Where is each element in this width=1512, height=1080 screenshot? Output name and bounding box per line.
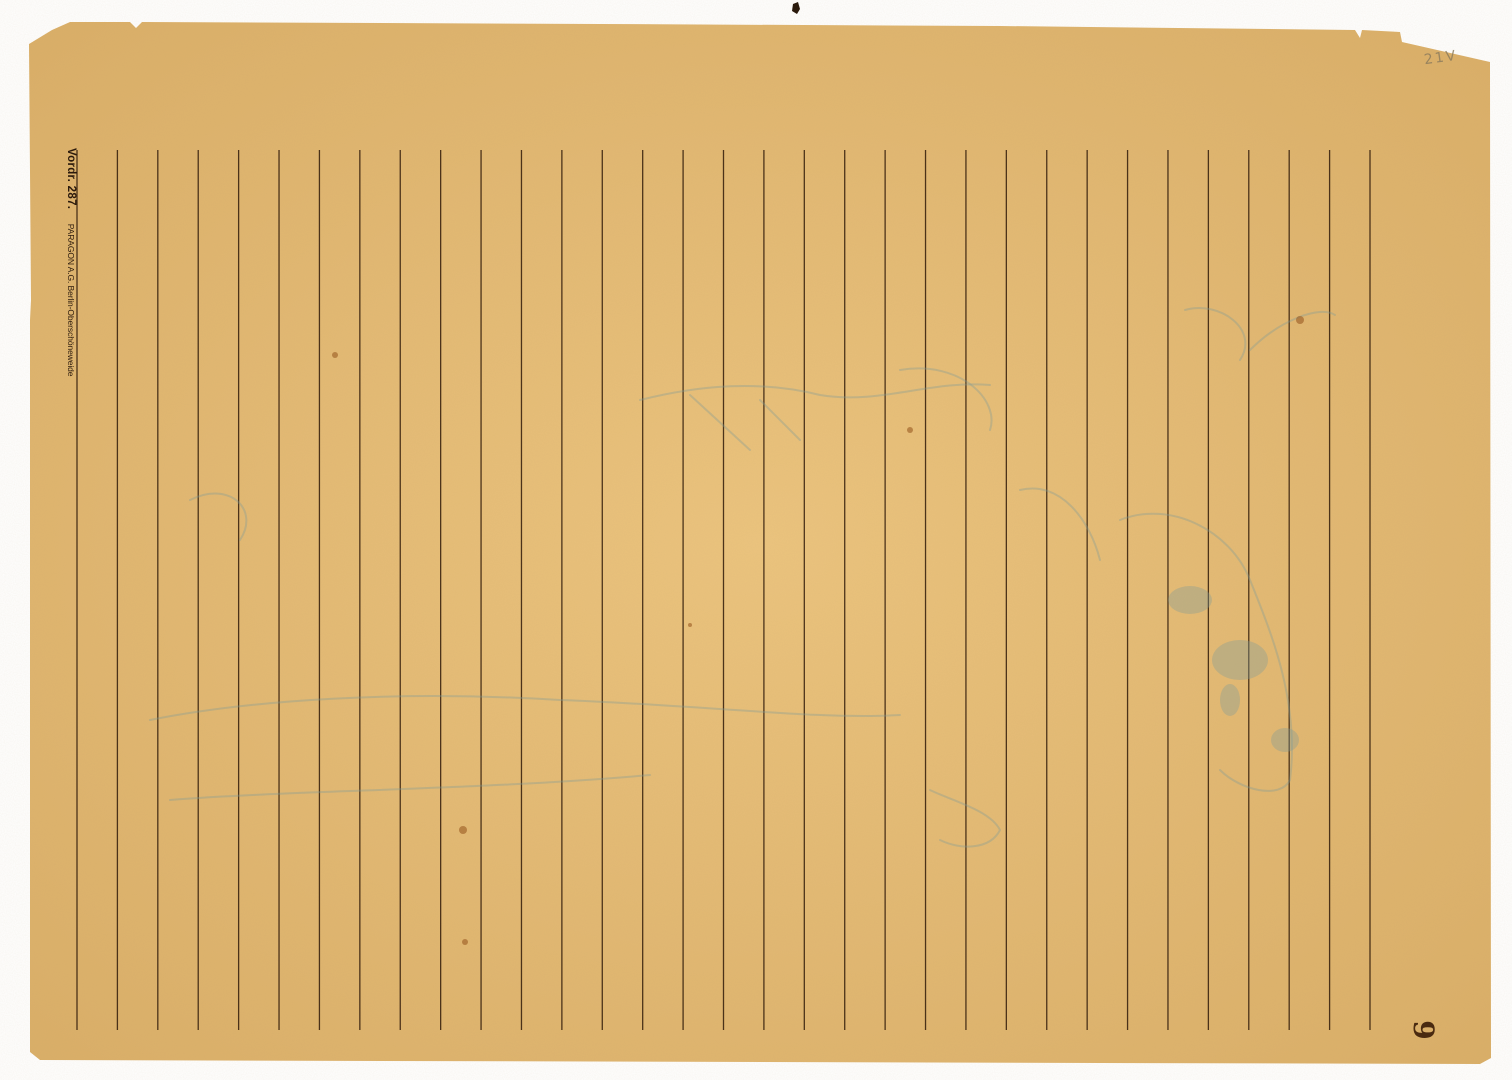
paper-stain — [907, 427, 913, 433]
form-imprint: Vordr. 287. PARAGON A.G. Berlin-Oberschö… — [59, 148, 85, 408]
paper-stain — [332, 352, 338, 358]
form-number: Vordr. 287. — [65, 148, 77, 209]
paper-texture — [29, 22, 1491, 1064]
document-sheet: Vordr. 287. PARAGON A.G. Berlin-Oberschö… — [0, 0, 1512, 1080]
sheet-number: 9 — [1405, 1012, 1441, 1048]
publisher-imprint: PARAGON A.G. Berlin-Oberschöneweide — [66, 224, 76, 377]
pencil-shading — [1212, 640, 1268, 680]
paper-stain — [1296, 316, 1304, 324]
pencil-shading — [1168, 586, 1212, 614]
pencil-shading — [1220, 684, 1240, 716]
ink-blot — [792, 2, 800, 14]
paper-stain — [462, 939, 468, 945]
paper-stain — [688, 623, 692, 627]
paper-stain — [459, 826, 467, 834]
pencil-shading — [1271, 728, 1299, 752]
sheet-graphic — [0, 0, 1512, 1080]
